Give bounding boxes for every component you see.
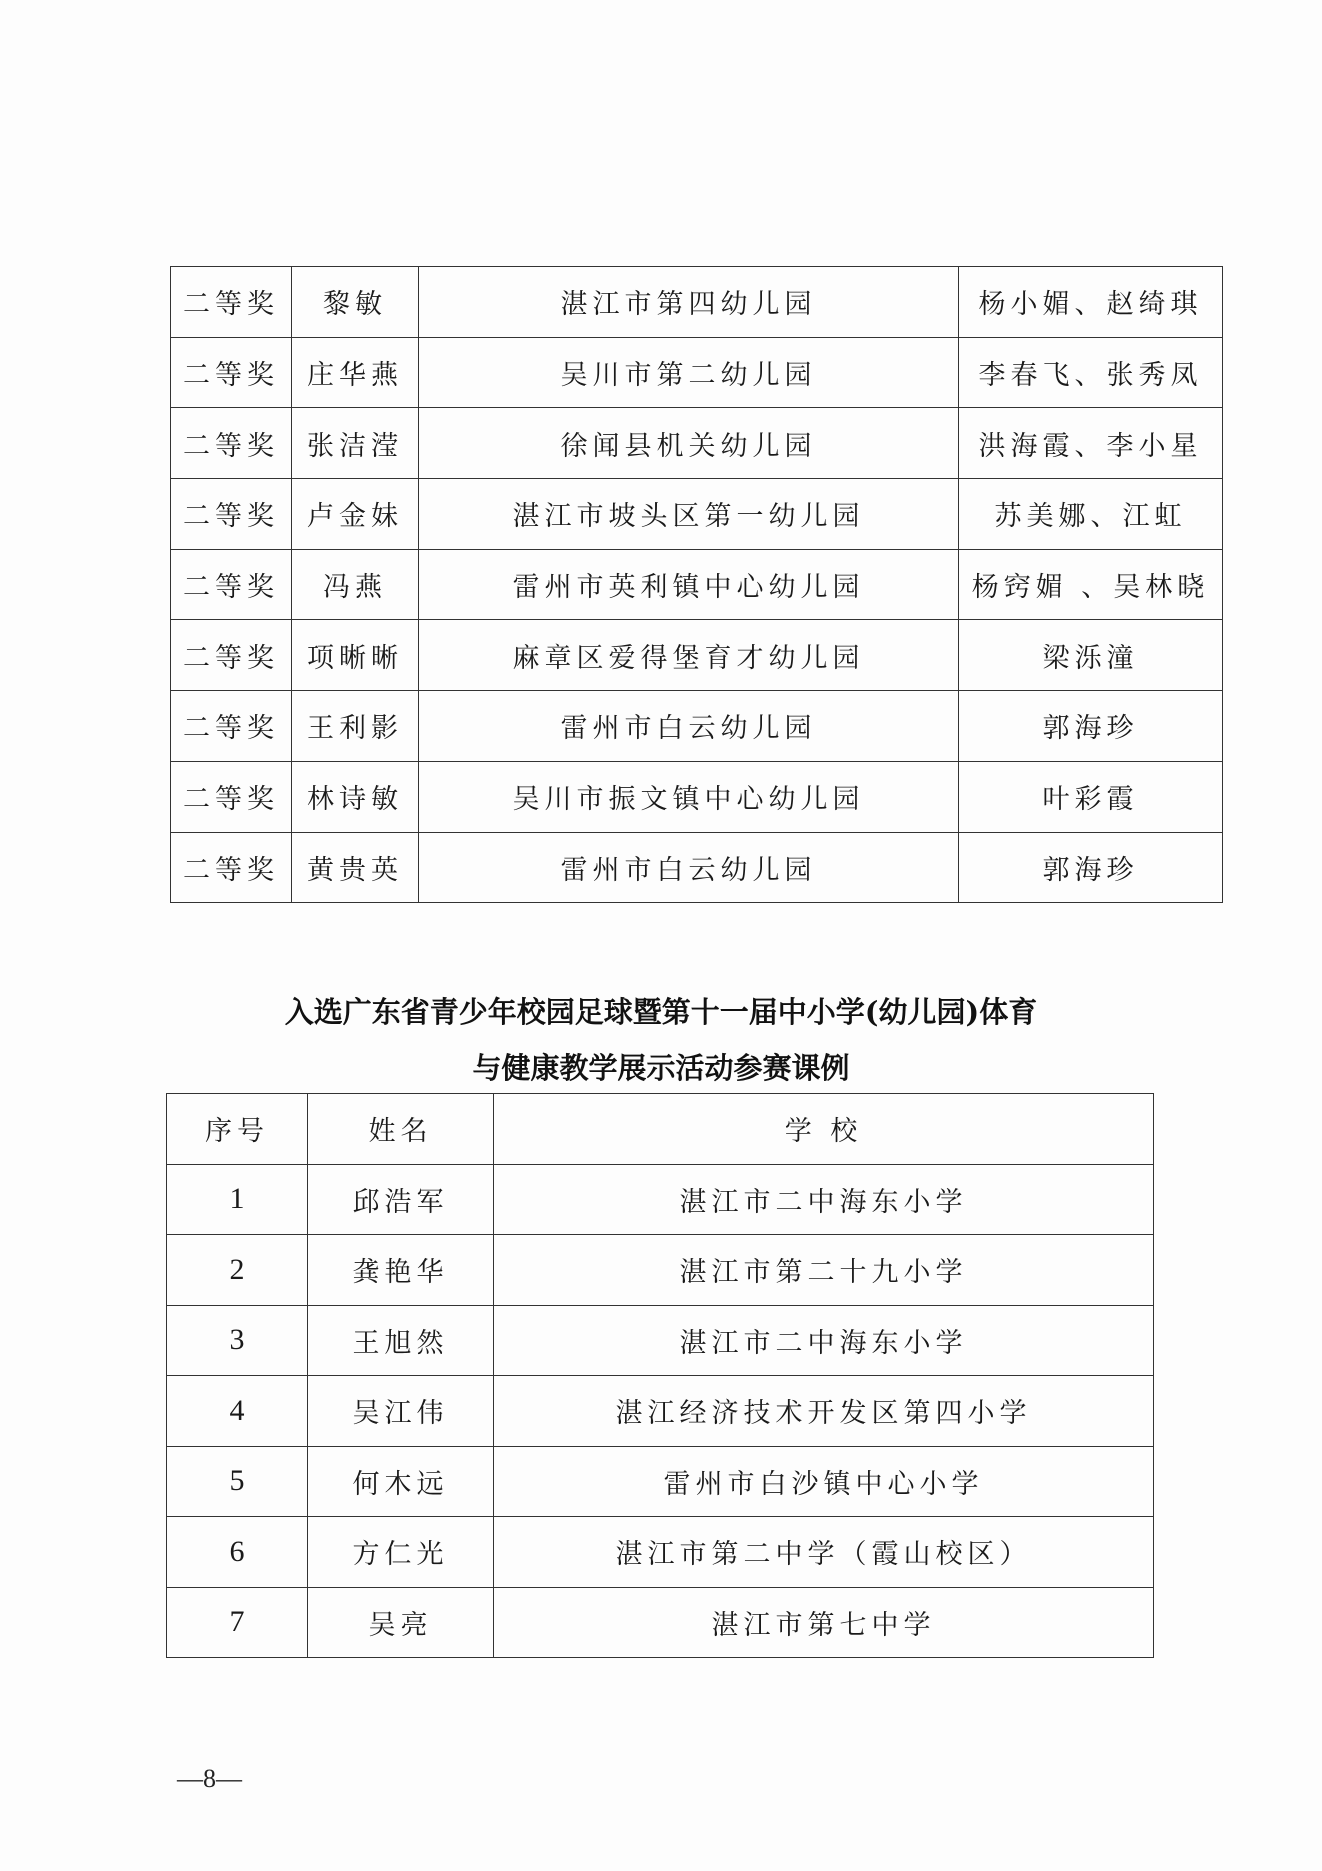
participant-name: 庄华燕 xyxy=(292,337,419,408)
table-row: 2 龚艳华 湛江市第二十九小学 xyxy=(167,1235,1154,1306)
participant-name: 林诗敏 xyxy=(292,761,419,832)
table-row: 3 王旭然 湛江市二中海东小学 xyxy=(167,1305,1154,1376)
award-level: 二等奖 xyxy=(171,549,292,620)
advisor-names: 李春飞、张秀凤 xyxy=(959,337,1223,408)
school-name: 徐闻县机关幼儿园 xyxy=(419,408,959,479)
header-school: 学 校 xyxy=(494,1094,1154,1165)
school-name: 湛江市坡头区第一幼儿园 xyxy=(419,479,959,550)
advisor-names: 叶彩霞 xyxy=(959,761,1223,832)
table-row: 二等奖 黎敏 湛江市第四幼儿园 杨小媚、赵绮琪 xyxy=(171,267,1223,338)
award-level: 二等奖 xyxy=(171,832,292,903)
advisor-names: 杨窍媚 、吴林晓 xyxy=(959,549,1223,620)
participant-name: 黎敏 xyxy=(292,267,419,338)
table-row: 1 邱浩军 湛江市二中海东小学 xyxy=(167,1164,1154,1235)
participant-name: 黄贵英 xyxy=(292,832,419,903)
participant-name: 项晰晰 xyxy=(292,620,419,691)
table-row: 二等奖 张洁滢 徐闻县机关幼儿园 洪海霞、李小星 xyxy=(171,408,1223,479)
school-name: 麻章区爱得堡育才幼儿园 xyxy=(419,620,959,691)
school-name: 雷州市白云幼儿园 xyxy=(419,832,959,903)
participant-name: 王旭然 xyxy=(308,1305,494,1376)
row-index: 5 xyxy=(167,1446,308,1517)
school-name: 吴川市振文镇中心幼儿园 xyxy=(419,761,959,832)
award-level: 二等奖 xyxy=(171,267,292,338)
table-row: 二等奖 冯燕 雷州市英利镇中心幼儿园 杨窍媚 、吴林晓 xyxy=(171,549,1223,620)
award-level: 二等奖 xyxy=(171,337,292,408)
row-index: 2 xyxy=(167,1235,308,1306)
header-name: 姓名 xyxy=(308,1094,494,1165)
school-name: 湛江经济技术开发区第四小学 xyxy=(494,1376,1154,1447)
participant-name: 吴江伟 xyxy=(308,1376,494,1447)
row-index: 4 xyxy=(167,1376,308,1447)
page-number: —8— xyxy=(177,1764,242,1794)
advisor-names: 郭海珍 xyxy=(959,832,1223,903)
award-table: 二等奖 黎敏 湛江市第四幼儿园 杨小媚、赵绮琪 二等奖 庄华燕 吴川市第二幼儿园… xyxy=(170,266,1223,903)
school-name: 湛江市二中海东小学 xyxy=(494,1305,1154,1376)
participant-name: 吴亮 xyxy=(308,1587,494,1658)
table-row: 二等奖 林诗敏 吴川市振文镇中心幼儿园 叶彩霞 xyxy=(171,761,1223,832)
participant-name: 冯燕 xyxy=(292,549,419,620)
participant-name: 邱浩军 xyxy=(308,1164,494,1235)
table-row: 7 吴亮 湛江市第七中学 xyxy=(167,1587,1154,1658)
participant-name: 龚艳华 xyxy=(308,1235,494,1306)
header-index: 序号 xyxy=(167,1094,308,1165)
section-title-line-2: 与健康教学展示活动参赛课例 xyxy=(0,1046,1322,1087)
school-name: 雷州市白云幼儿园 xyxy=(419,691,959,762)
advisor-names: 杨小媚、赵绮琪 xyxy=(959,267,1223,338)
table-header-row: 序号 姓名 学 校 xyxy=(167,1094,1154,1165)
participant-name: 张洁滢 xyxy=(292,408,419,479)
participant-name: 何木远 xyxy=(308,1446,494,1517)
participant-name: 方仁光 xyxy=(308,1517,494,1588)
school-name: 湛江市第二十九小学 xyxy=(494,1235,1154,1306)
school-name: 湛江市二中海东小学 xyxy=(494,1164,1154,1235)
row-index: 7 xyxy=(167,1587,308,1658)
award-level: 二等奖 xyxy=(171,761,292,832)
advisor-names: 郭海珍 xyxy=(959,691,1223,762)
school-name: 雷州市英利镇中心幼儿园 xyxy=(419,549,959,620)
section-title-line-1: 入选广东省青少年校园足球暨第十一届中小学(幼儿园)体育 xyxy=(0,990,1322,1031)
table-row: 二等奖 卢金妹 湛江市坡头区第一幼儿园 苏美娜、江虹 xyxy=(171,479,1223,550)
case-table: 序号 姓名 学 校 1 邱浩军 湛江市二中海东小学 2 龚艳华 湛江市第二十九小… xyxy=(166,1093,1154,1658)
award-level: 二等奖 xyxy=(171,620,292,691)
row-index: 3 xyxy=(167,1305,308,1376)
advisor-names: 苏美娜、江虹 xyxy=(959,479,1223,550)
advisor-names: 梁泺潼 xyxy=(959,620,1223,691)
award-level: 二等奖 xyxy=(171,479,292,550)
table-row: 二等奖 王利影 雷州市白云幼儿园 郭海珍 xyxy=(171,691,1223,762)
award-level: 二等奖 xyxy=(171,408,292,479)
award-level: 二等奖 xyxy=(171,691,292,762)
school-name: 雷州市白沙镇中心小学 xyxy=(494,1446,1154,1517)
school-name: 吴川市第二幼儿园 xyxy=(419,337,959,408)
table-row: 二等奖 项晰晰 麻章区爱得堡育才幼儿园 梁泺潼 xyxy=(171,620,1223,691)
school-name: 湛江市第七中学 xyxy=(494,1587,1154,1658)
advisor-names: 洪海霞、李小星 xyxy=(959,408,1223,479)
table-row: 6 方仁光 湛江市第二中学（霞山校区） xyxy=(167,1517,1154,1588)
participant-name: 卢金妹 xyxy=(292,479,419,550)
table-row: 二等奖 庄华燕 吴川市第二幼儿园 李春飞、张秀凤 xyxy=(171,337,1223,408)
school-name: 湛江市第四幼儿园 xyxy=(419,267,959,338)
row-index: 1 xyxy=(167,1164,308,1235)
row-index: 6 xyxy=(167,1517,308,1588)
table-row: 二等奖 黄贵英 雷州市白云幼儿园 郭海珍 xyxy=(171,832,1223,903)
table-row: 4 吴江伟 湛江经济技术开发区第四小学 xyxy=(167,1376,1154,1447)
school-name: 湛江市第二中学（霞山校区） xyxy=(494,1517,1154,1588)
participant-name: 王利影 xyxy=(292,691,419,762)
table-row: 5 何木远 雷州市白沙镇中心小学 xyxy=(167,1446,1154,1517)
